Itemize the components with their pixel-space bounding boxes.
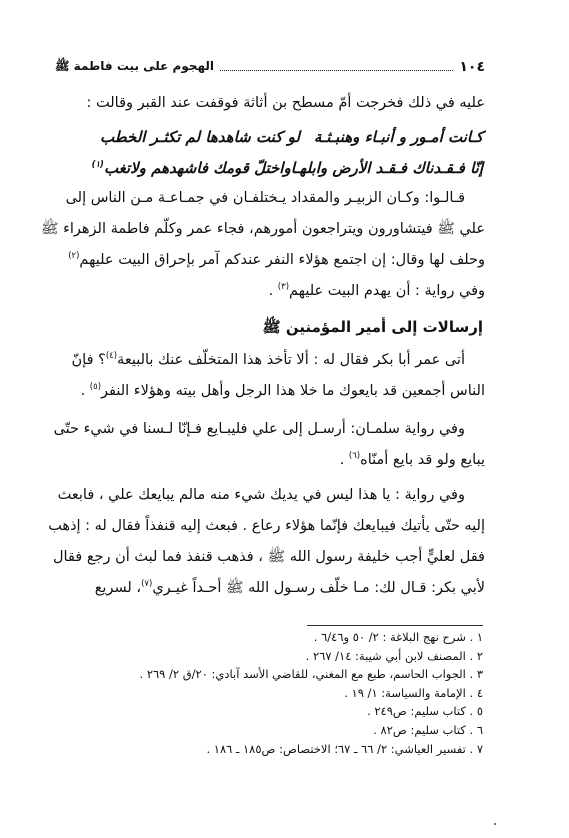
text-run: . [340, 452, 349, 468]
text-run: ، لسريع [95, 580, 141, 596]
hemistich: لو كنت شاهدها لم تكثـر الخطب [100, 128, 300, 146]
footnote-2: ٢ . المصنف لابن أبي شيبة: ١٤/ ٢٦٧ . [150, 647, 483, 666]
text-line: وحلف لها وقال: إن اجتمع هؤلاء النفر عندك… [58, 245, 485, 276]
text-line: وفي رواية : يا هذا ليس في يديك شيء منه م… [58, 480, 485, 511]
text-run: يبايع ولو قد بايع أمنّاه [360, 452, 485, 468]
verse-1: كـانت أمـور و أنبـاء وهنبـثـة لو كنت شاه… [100, 121, 483, 152]
text-line: لأبي بكر: قـال لك: مـا خلّف رسـول الله ﷺ… [58, 573, 485, 604]
hemistich-text: واختلّ قومك فاشهدهم ولاتغب [104, 159, 291, 177]
footnote-ref-4[interactable]: (٤) [106, 351, 117, 361]
text-run: لأبي بكر: قـال لك: مـا خلّف رسـول الله ﷺ… [152, 580, 485, 596]
text-line: أتى عمر أبا بكر فقال له : ألا تأخذ هذا ا… [58, 345, 485, 376]
footnote-ref-1[interactable]: (١) [92, 160, 104, 170]
footnote-separator [307, 625, 483, 626]
text-run: وفي رواية : أن يهدم البيت عليهم [289, 283, 485, 299]
poem: كـانت أمـور و أنبـاء وهنبـثـة لو كنت شاه… [100, 121, 483, 183]
footnote-3: ٣ . الجواب الحاسم، طبع مع المغني، للقاضي… [150, 665, 483, 684]
text-line: الناس أجمعين قد بايعوك ما خلا هذا الرجل … [58, 376, 485, 407]
footnote-ref-7[interactable]: (٧) [141, 579, 152, 589]
text-run: الناس أجمعين قد بايعوك ما خلا هذا الرجل … [101, 383, 485, 399]
paragraph-1: عليه في ذلك فخرجت أمّ مسطح بن أثاثة فوقف… [58, 88, 485, 119]
text-run: وحلف لها وقال: إن اجتمع هؤلاء النفر عندك… [79, 252, 485, 268]
paragraph-3: أتى عمر أبا بكر فقال له : ألا تأخذ هذا ا… [58, 345, 485, 407]
text-line: قـالـوا: وكـان الزبيـر والمقداد يـختلفـا… [58, 183, 485, 214]
footnote-ref-5[interactable]: (٥) [90, 382, 101, 392]
footnote-1: ١ . شرح نهج البلاغة : ٢/ ٥٠ و٦/٤٦ . [150, 628, 483, 647]
footnote-5: ٥ . كتاب سليم: ص٢٤٩ . [150, 702, 483, 721]
text-run: ؟ فإنّ [72, 352, 106, 368]
section-heading: إرسالات إلى أمير المؤمنين ﷺ [262, 318, 483, 340]
footnote-ref-6[interactable]: (٦) [349, 451, 360, 461]
footnote-7: ٧ . تفسير العياشي: ٢/ ٦٦ ـ ٦٧؛ الاختصاص:… [150, 740, 483, 759]
footnote-4: ٤ . الإمامة والسياسة: ١/ ١٩ . [150, 684, 483, 703]
leader-dots [220, 70, 453, 71]
verse-2: إنّا فـقـدناك فـقـد الأرض وابلهـا واختلّ… [100, 152, 483, 183]
paragraph-4: وفي رواية سلمـان: أرسـل إلى علي فليبـايع… [58, 414, 485, 476]
text-line: وفي رواية سلمـان: أرسـل إلى علي فليبـايع… [58, 414, 485, 445]
text-line: علي ﷺ فيتشاورون ويتراجعون أمورهم، فجاء ع… [58, 214, 485, 245]
text-run: . [269, 283, 278, 299]
book-page: ١٠٤ الهجوم على بيت فاطمة ﷺ عليه في ذلك ف… [0, 0, 569, 838]
footnote-6: ٦ . كتاب سليم: ص٨٢ . [150, 721, 483, 740]
footnote-ref-3[interactable]: (٣) [278, 282, 289, 292]
running-head-title: الهجوم على بيت فاطمة ﷺ [55, 59, 214, 76]
footnotes: ١ . شرح نهج البلاغة : ٢/ ٥٠ و٦/٤٦ . ٢ . … [150, 628, 483, 758]
text-line: فقل لعليٍّ أجب خليفة رسول الله ﷺ ، فذهب … [58, 542, 485, 573]
page-number: ١٠٤ [459, 59, 485, 75]
paragraph-5: وفي رواية : يا هذا ليس في يديك شيء منه م… [58, 480, 485, 604]
hemistich: إنّا فـقـدناك فـقـد الأرض وابلهـا [291, 159, 483, 177]
text-line: وفي رواية : أن يهدم البيت عليهم(٣) . [58, 276, 485, 307]
footnote-ref-2[interactable]: (٢) [68, 251, 79, 261]
text-line: عليه في ذلك فخرجت أمّ مسطح بن أثاثة فوقف… [58, 88, 485, 119]
hemistich: كـانت أمـور و أنبـاء وهنبـثـة [314, 128, 483, 146]
text-line: يبايع ولو قد بايع أمنّاه(٦) . [58, 445, 485, 476]
paragraph-2: قـالـوا: وكـان الزبيـر والمقداد يـختلفـا… [58, 183, 485, 307]
running-head: ١٠٤ الهجوم على بيت فاطمة ﷺ [55, 57, 485, 77]
text-run: . [81, 383, 90, 399]
scan-speck [494, 823, 496, 825]
hemistich-with-ref: واختلّ قومك فاشهدهم ولاتغب(١) [92, 159, 291, 177]
text-line: إليه حتّى يأتيك فيبايعك فإنّما هؤلاء رعا… [58, 511, 485, 542]
text-run: أتى عمر أبا بكر فقال له : ألا تأخذ هذا ا… [117, 352, 465, 368]
